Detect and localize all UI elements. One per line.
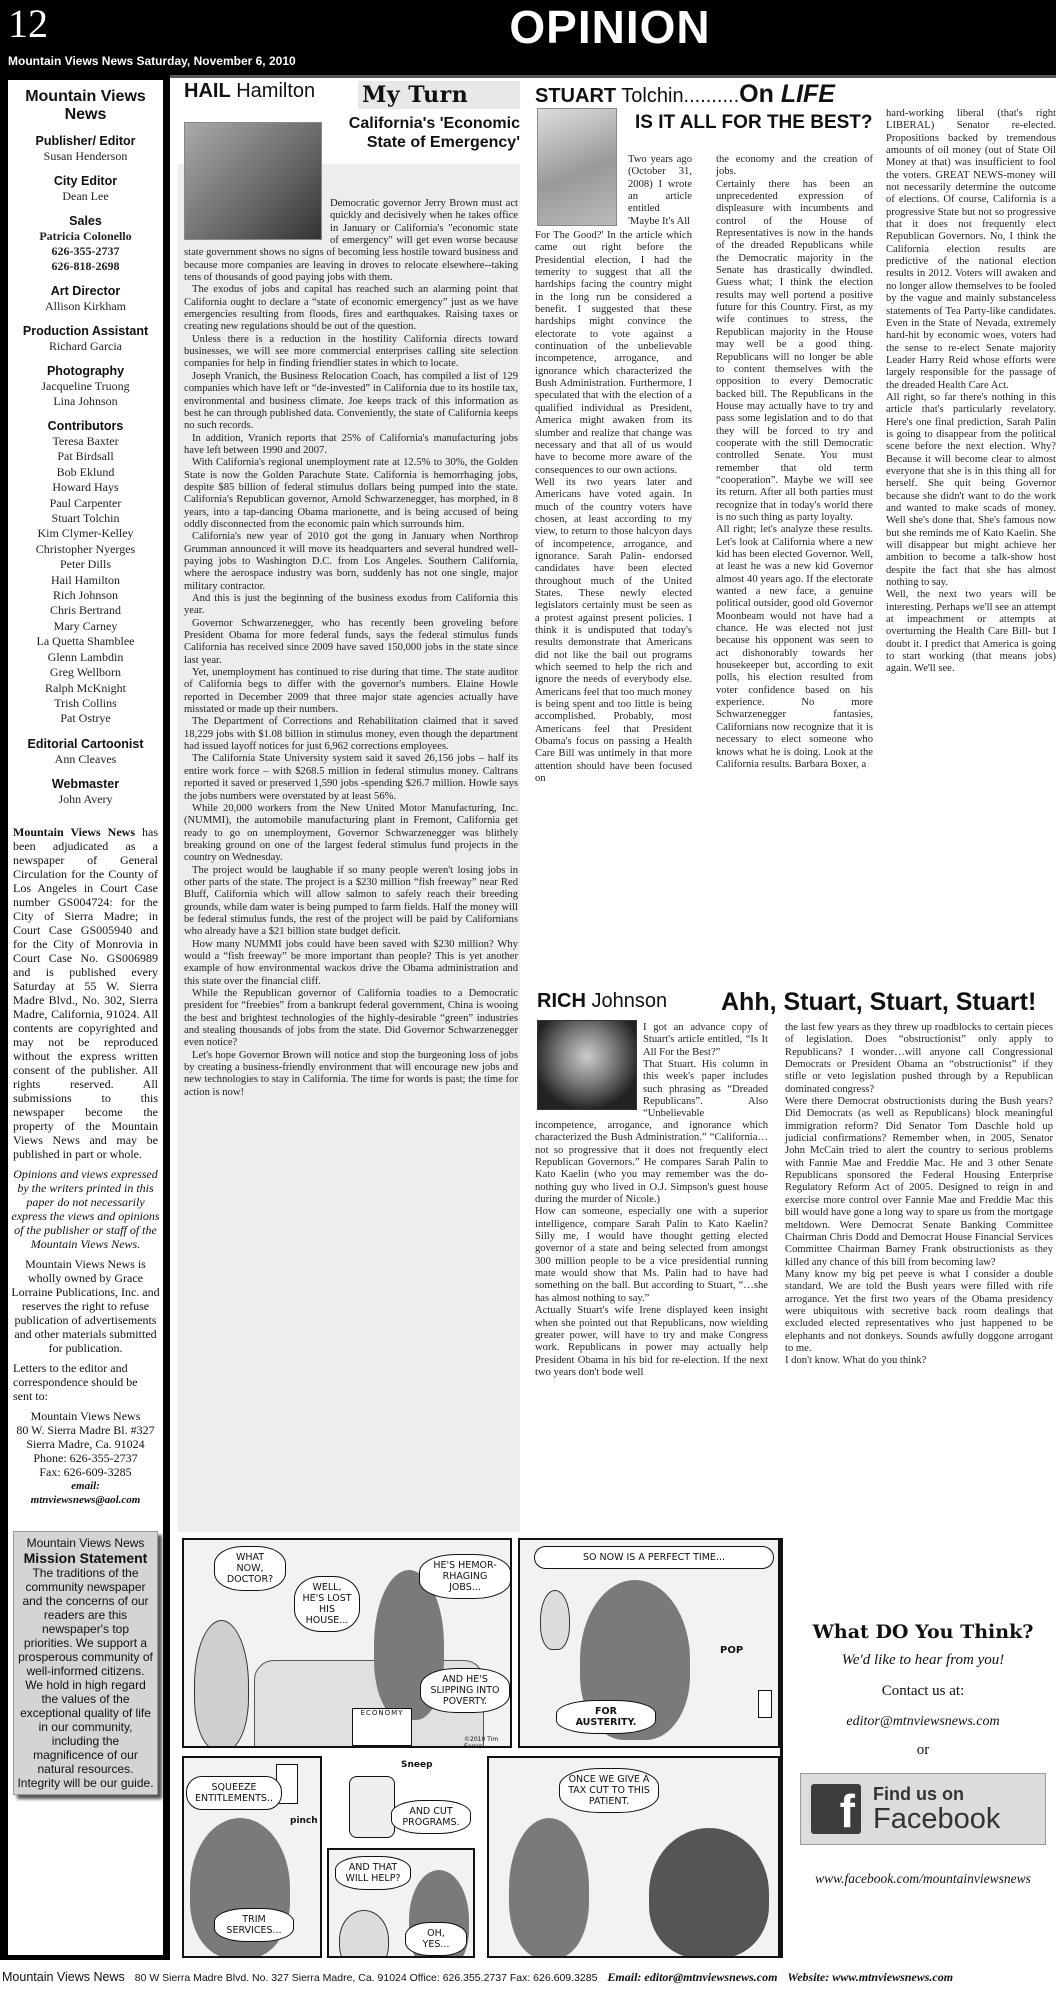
footer-website-link[interactable]: Website: www.mtnviewsnews.com	[787, 1970, 953, 1985]
paragraph: Well its two years later and Americans h…	[535, 477, 692, 786]
staff-name: 626-355-2737	[11, 244, 160, 259]
paragraph: The project would be laughable if so man…	[184, 865, 518, 939]
disclaimer: Opinions and views expressed by the writ…	[11, 1167, 160, 1251]
article-hamilton: HAIL Hamilton My Turn California's 'Econ…	[178, 78, 520, 1533]
speech-bubble: And that will help?	[335, 1856, 411, 1890]
staff-name: Chris Bertrand	[11, 603, 160, 618]
byline: RICH Johnson	[537, 990, 667, 1013]
speech-bubble: And he's slipping into poverty.	[420, 1668, 510, 1713]
sound-effect: POP	[720, 1645, 743, 1656]
dateline: Mountain Views News Saturday, November 6…	[8, 54, 296, 68]
staff-name: Glenn Lambdin	[11, 650, 160, 665]
mission-text: The traditions of the community newspape…	[17, 1566, 154, 1790]
cartoon-panel-4a: And cut programs. Sneep	[327, 1756, 475, 1844]
paragraph: In addition, Vranich reports that 25% of…	[184, 433, 518, 458]
paragraph: Yet, unemployment has continued to rise …	[184, 667, 518, 716]
paragraph: The California State University system s…	[184, 753, 518, 802]
staff-group: Art DirectorAllison Kirkham	[11, 284, 160, 314]
staff-name: Teresa Baxter	[11, 434, 160, 449]
paragraph: While the Republican governor of Califor…	[184, 988, 518, 1050]
paragraph: Let's hope Governor Brown will notice an…	[184, 1050, 518, 1099]
staff-role: Production Assistant	[11, 324, 160, 339]
fax: Fax: 626-609-3285	[11, 1465, 160, 1479]
cartoon-panel-5: Once we give a tax cut to this patient.	[487, 1756, 780, 1958]
facebook-label: Find us on Facebook	[873, 1784, 1000, 1834]
facebook-icon: f	[811, 1784, 861, 1834]
masthead: 12 OPINION Mountain Views News Saturday,…	[0, 0, 1056, 75]
cartoon-panel-2: So now is a perfect time... For austerit…	[518, 1538, 780, 1748]
staff-name: Ralph McKnight	[11, 681, 160, 696]
staff-name: Kim Clymer-Kelley	[11, 526, 160, 541]
column-2: the economy and the creation of jobs.Cer…	[716, 154, 873, 771]
contact-subtitle: We'd like to hear from you!	[790, 1652, 1056, 1669]
paragraph: How can someone, especially one with a s…	[535, 1206, 768, 1305]
staff-role: Publisher/ Editor	[11, 134, 160, 149]
byline-last: Hamilton	[231, 80, 315, 102]
column-1: For The Good?' In the article which came…	[535, 230, 692, 785]
column-1-top: Two years ago (October 31, 2008) I wrote…	[628, 154, 692, 228]
wall-outlet-icon	[758, 1690, 772, 1718]
phone: Phone: 626-355-2737	[11, 1451, 160, 1465]
legal-notice: Mountain Views News has been adjudicated…	[11, 825, 160, 1161]
paragraph: While 20,000 workers from the New United…	[184, 803, 518, 865]
column-name-emph: LIFE	[781, 80, 835, 108]
sound-effect: pinch	[290, 1816, 318, 1826]
ownership-note: Mountain Views News is wholly owned by G…	[11, 1257, 160, 1355]
column-1: incompetence, arrogance, and ignorance w…	[535, 1120, 768, 1379]
staff-name: Stuart Tolchin	[11, 511, 160, 526]
article-text: Democratic governor Jerry Brown must act…	[184, 198, 518, 1099]
divider	[780, 1538, 783, 1958]
staff-role: Art Director	[11, 284, 160, 299]
footer-paper-name: Mountain Views News	[2, 1970, 125, 1984]
speech-bubble: Once we give a tax cut to this patient.	[559, 1768, 659, 1813]
staff-name: Hail Hamilton	[11, 573, 160, 588]
byline-last: Tolchin..........	[616, 85, 739, 107]
mission-paper-name: Mountain Views News	[17, 1536, 154, 1550]
paragraph: How many NUMMI jobs could have been save…	[184, 939, 518, 988]
paragraph: the economy and the creation of jobs.	[716, 154, 873, 179]
facebook-line1: Find us on	[873, 1784, 1000, 1804]
iv-bag-icon	[349, 1776, 395, 1838]
economy-chart-sign: ECONOMY	[352, 1708, 412, 1746]
section-title: OPINION	[460, 2, 760, 52]
staff-role: Contributors	[11, 419, 160, 434]
facebook-glyph: f	[840, 1788, 855, 1834]
staff-name: Pat Ostrye	[11, 711, 160, 726]
mission-statement: Mountain Views News Mission Statement Th…	[13, 1531, 158, 1795]
paragraph: Unless there is a reduction in the hosti…	[184, 334, 518, 371]
footer-address: 80 W Sierra Madre Blvd. No. 327 Sierra M…	[135, 1972, 598, 1984]
contact-title: What DO You Think?	[790, 1620, 1056, 1644]
staff-group: City EditorDean Lee	[11, 174, 160, 204]
speech-bubble: He's hemor-rhaging jobs...	[419, 1554, 511, 1599]
staff-group: ContributorsTeresa BaxterPat BirdsallBob…	[11, 419, 160, 727]
paragraph: Well, the next two years will be interes…	[886, 589, 1056, 675]
legal-lead: Mountain Views News	[13, 825, 135, 839]
paper-name: Mountain Views News	[11, 88, 160, 124]
article-johnson: RICH Johnson Ahh, Stuart, Stuart, Stuart…	[535, 990, 1056, 1530]
paragraph: the last few years as they threw up road…	[785, 1022, 1053, 1096]
contact-label: Contact us at:	[790, 1683, 1056, 1700]
cartoon-panel-3: Squeeze entitlements.. Trim services... …	[182, 1756, 322, 1958]
staff-name: Pat Birdsall	[11, 449, 160, 464]
author-photo	[537, 108, 617, 226]
staff-name: Rich Johnson	[11, 588, 160, 603]
staff-group: WebmasterJohn Avery	[11, 777, 160, 807]
mission-title: Mission Statement	[17, 1550, 154, 1566]
cartoon-panel-4: And that will help? Oh, yes...	[327, 1848, 475, 1958]
staff-name: Howard Hays	[11, 480, 160, 495]
nurse-figure	[540, 1590, 570, 1650]
paragraph: Certainly there has been an unprecedente…	[716, 179, 873, 525]
paragraph: Were there Democrat obstructionists duri…	[785, 1096, 1053, 1269]
staff-role: Webmaster	[11, 777, 160, 792]
facebook-button[interactable]: f Find us on Facebook	[800, 1773, 1046, 1845]
politician-figure	[509, 1818, 589, 1958]
speech-bubble: Trim services...	[214, 1908, 294, 1942]
column-2: the last few years as they threw up road…	[785, 1022, 1053, 1368]
address-line: Mountain Views News	[11, 1409, 160, 1423]
staff-name: Bob Eklund	[11, 465, 160, 480]
byline: STUART Tolchin..........On LIFE	[535, 80, 835, 109]
footer-email-link[interactable]: Email: editor@mtnviewsnews.com	[607, 1970, 777, 1985]
paragraph: The Department of Corrections and Rehabi…	[184, 716, 518, 753]
column-3: hard-working liberal (that's right LIBER…	[886, 108, 1056, 676]
staff-name: Paul Carpenter	[11, 496, 160, 511]
speech-bubble: Squeeze entitlements..	[186, 1776, 282, 1810]
speech-bubble: For austerity.	[556, 1700, 656, 1734]
article-tolchin: STUART Tolchin..........On LIFE IS IT AL…	[535, 78, 1056, 988]
staff-list: Publisher/ EditorSusan HendersonCity Edi…	[11, 134, 160, 807]
staff-name: Allison Kirkham	[11, 299, 160, 314]
staff-group: Editorial CartoonistAnn Cleaves	[11, 737, 160, 767]
paragraph: I don't know. What do you think?	[785, 1355, 1053, 1367]
staff-name: Greg Wellborn	[11, 665, 160, 680]
email-label: email:	[11, 1479, 160, 1493]
staff-name: 626-818-2698	[11, 259, 160, 274]
byline-first: HAIL	[184, 80, 231, 102]
staff-group: Production AssistantRichard Garcia	[11, 324, 160, 354]
paragraph: incompetence, arrogance, and ignorance w…	[535, 1120, 768, 1206]
paragraph: That Stuart. His column in this week's p…	[643, 1059, 768, 1121]
editorial-cartoon: What now, doctor? Well, he's lost his ho…	[182, 1538, 780, 1958]
page-number: 12	[8, 2, 48, 46]
column-name: My Turn	[358, 81, 520, 109]
staff-name: Susan Henderson	[11, 149, 160, 164]
staff-role: Sales	[11, 214, 160, 229]
staff-name: La Quetta Shamblee	[11, 634, 160, 649]
paragraph: And this is just the beginning of the bu…	[184, 593, 518, 618]
byline-first: STUART	[535, 85, 616, 107]
staff-name: Christopher Nyerges	[11, 542, 160, 557]
staff-box: Mountain Views News Publisher/ EditorSus…	[8, 80, 163, 1955]
speech-bubble: And cut programs.	[391, 1800, 471, 1834]
sound-effect: Sneep	[401, 1760, 433, 1770]
paragraph: All right; let's analyze these results. …	[716, 524, 873, 771]
paragraph: Actually Stuart's wife Irene displayed k…	[535, 1305, 768, 1379]
staff-name: Richard Garcia	[11, 339, 160, 354]
mailing-address: Mountain Views News 80 W. Sierra Madre B…	[11, 1409, 160, 1507]
column-name: On	[739, 80, 781, 108]
headline: IS IT ALL FOR THE BEST?	[635, 112, 873, 134]
staff-group: SalesPatricia Colonello626-355-2737626-8…	[11, 214, 160, 274]
staff-group: PhotographyJacqueline TruongLina Johnson	[11, 364, 160, 409]
paragraph: Many know my big pet peeve is what I con…	[785, 1269, 1053, 1355]
legal-text: has been adjudicated as a newspaper of G…	[13, 825, 158, 1161]
staff-name: Dean Lee	[11, 189, 160, 204]
address-line: 80 W. Sierra Madre Bl. #327	[11, 1423, 160, 1437]
byline-last: Johnson	[586, 990, 667, 1012]
paragraph: California's new year of 2010 got the go…	[184, 531, 518, 593]
paragraph: Governor Schwarzenegger, who has recentl…	[184, 618, 518, 667]
cartoon-panel-1: What now, doctor? Well, he's lost his ho…	[182, 1538, 512, 1748]
headline: California's 'Economic State of Emergenc…	[328, 114, 520, 152]
staff-role: Editorial Cartoonist	[11, 737, 160, 752]
speech-bubble: So now is a perfect time...	[534, 1546, 774, 1569]
photo-wrap-spacer	[184, 198, 330, 244]
paragraph: All right, so far there's nothing in thi…	[886, 392, 1056, 590]
byline: HAIL Hamilton	[184, 80, 315, 103]
paragraph: For The Good?' In the article which came…	[535, 230, 692, 477]
email-link[interactable]: mtnviewsnews@aol.com	[11, 1493, 160, 1507]
staff-role: City Editor	[11, 174, 160, 189]
speech-bubble: Oh, yes...	[405, 1922, 467, 1956]
contact-box: What DO You Think? We'd like to hear fro…	[790, 1620, 1056, 1887]
column-1-top: I got an advance copy of Stuart's articl…	[643, 1022, 768, 1121]
page-footer: Mountain Views News 80 W Sierra Madre Bl…	[0, 1962, 1056, 1991]
facebook-line2: Facebook	[873, 1804, 1000, 1834]
staff-name: Trish Collins	[11, 696, 160, 711]
staff-name: Lina Johnson	[11, 394, 160, 409]
or-label: or	[790, 1742, 1056, 1759]
staff-role: Photography	[11, 364, 160, 379]
byline-first: RICH	[537, 990, 586, 1012]
paragraph: Joseph Vranich, the Business Relocation …	[184, 371, 518, 433]
staff-name: Jacqueline Truong	[11, 379, 160, 394]
staff-name: Ann Cleaves	[11, 752, 160, 767]
nurse-figure	[194, 1620, 249, 1748]
staff-name: Peter Dills	[11, 557, 160, 572]
paragraph: The exodus of jobs and capital has reach…	[184, 284, 518, 333]
letters-note: Letters to the editor and correspondence…	[11, 1361, 160, 1403]
paragraph: With California's regional unemployment …	[184, 457, 518, 531]
speech-bubble: What now, doctor?	[214, 1546, 286, 1591]
paragraph: I got an advance copy of Stuart's articl…	[643, 1022, 768, 1059]
paragraph: hard-working liberal (that's right LIBER…	[886, 108, 1056, 392]
address-line: Sierra Madre, Ca. 91024	[11, 1437, 160, 1451]
headline: Ahh, Stuart, Stuart, Stuart!	[721, 988, 1036, 1017]
staff-sidebar: Mountain Views News Publisher/ EditorSus…	[0, 75, 170, 1960]
nurse-figure	[339, 1910, 389, 1958]
staff-name: Patricia Colonello	[11, 229, 160, 244]
staff-group: Publisher/ EditorSusan Henderson	[11, 134, 160, 164]
speech-bubble: Well, he's lost his house...	[294, 1576, 360, 1632]
contact-email-link[interactable]: editor@mtnviewsnews.com	[790, 1714, 1056, 1730]
cartoon-credit: ©2010 Tim Eagan	[464, 1736, 510, 1748]
author-photo	[537, 1020, 637, 1110]
staff-name: John Avery	[11, 792, 160, 807]
facebook-url-link[interactable]: www.facebook.com/mountainviewsnews	[790, 1871, 1056, 1887]
rich-patient-figure	[649, 1828, 769, 1958]
staff-name: Mary Carney	[11, 619, 160, 634]
